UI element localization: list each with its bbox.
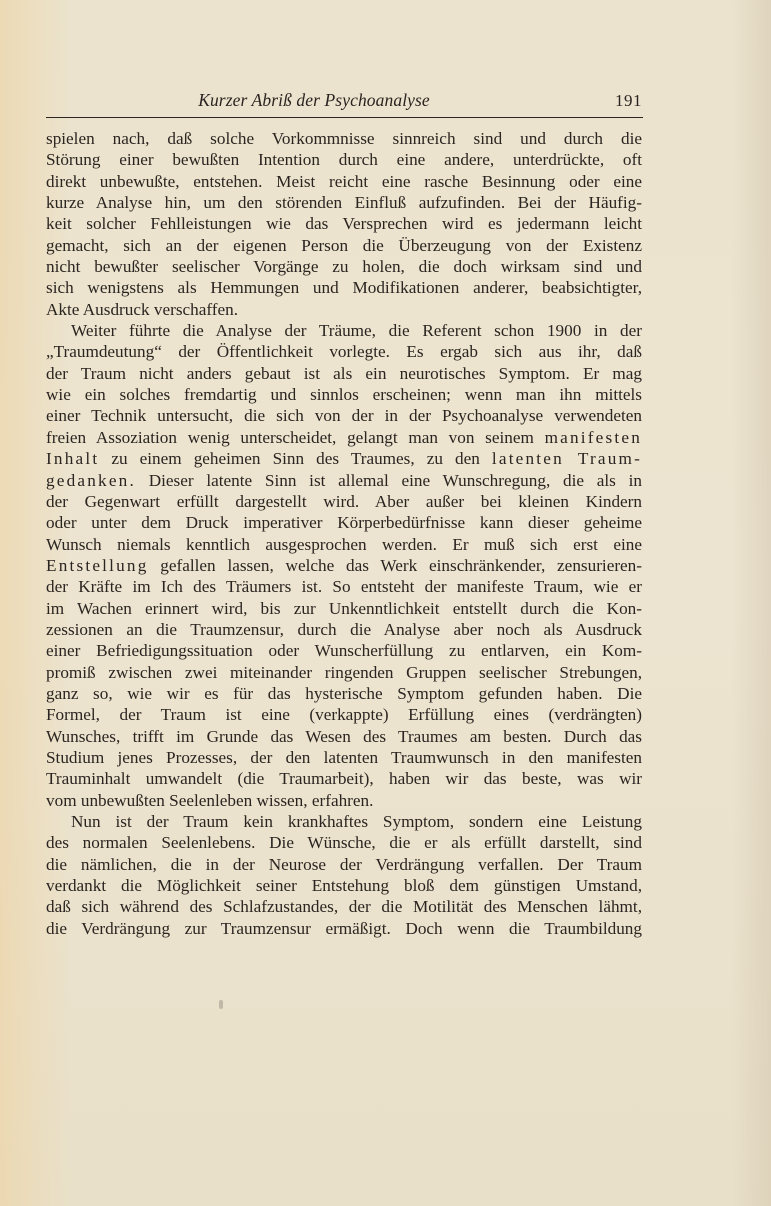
text-line: einer Technik untersucht, die sich von d… xyxy=(46,405,642,426)
text-line: promiß zwischen zwei miteinander ringend… xyxy=(46,662,642,683)
emphasized-term: Inhalt xyxy=(46,449,99,468)
text-line: keit solcher Fehlleistungen wie das Vers… xyxy=(46,213,642,234)
text-run: Dieser latente Sinn ist allemal eine Wun… xyxy=(136,471,642,490)
book-page: Kurzer Abriß der Psychoanalyse 191 spiel… xyxy=(0,0,771,1206)
text-line: nicht bewußter seelischer Vorgänge zu ho… xyxy=(46,256,642,277)
text-line: die nämlichen, die in der Neurose der Ve… xyxy=(46,854,642,875)
text-line: zessionen an die Traumzensur, durch die … xyxy=(46,619,642,640)
text-line: spielen nach, daß solche Vorkommnisse si… xyxy=(46,128,642,149)
text-run: freien Assoziation wenig unterscheidet, … xyxy=(46,428,545,447)
text-line: der Kräfte im Ich des Träumers ist. So e… xyxy=(46,576,642,597)
emphasized-term: gedanken. xyxy=(46,471,136,490)
text-line: gedanken. Dieser latente Sinn ist allema… xyxy=(46,470,642,491)
text-line: Wunsches, trifft im Grunde das Wesen des… xyxy=(46,726,642,747)
paper-smudge xyxy=(219,1000,223,1009)
text-line: Formel, der Traum ist eine (verkappte) E… xyxy=(46,704,642,725)
text-line: „Traumdeutung“ der Öffentlichkeit vorleg… xyxy=(46,341,642,362)
text-line: gemacht, sich an der eigenen Person die … xyxy=(46,235,642,256)
emphasized-term: manifesten xyxy=(545,428,642,447)
page-number: 191 xyxy=(615,91,642,111)
text-line: die Verdrängung zur Traumzensur ermäßigt… xyxy=(46,918,642,939)
text-line: einer Befriedigungssituation oder Wunsch… xyxy=(46,640,642,661)
text-line: kurze Analyse hin, um den störenden Einf… xyxy=(46,192,642,213)
text-line: im Wachen erinnert wird, bis zur Unkennt… xyxy=(46,598,642,619)
text-line: Studium jenes Prozesses, der den latente… xyxy=(46,747,642,768)
emphasized-term: Entstellung xyxy=(46,556,149,575)
text-line: Nun ist der Traum kein krankhaftes Sympt… xyxy=(46,811,642,832)
text-line: verdankt die Möglichkeit seiner Entstehu… xyxy=(46,875,642,896)
text-line: Weiter führte die Analyse der Träume, di… xyxy=(46,320,642,341)
text-line: ganz so, wie wir es für das hysterische … xyxy=(46,683,642,704)
text-line: der Gegenwart erfüllt dargestellt wird. … xyxy=(46,491,642,512)
running-title: Kurzer Abriß der Psychoanalyse xyxy=(46,90,582,111)
text-line: Wunsch niemals kenntlich ausgesprochen w… xyxy=(46,534,642,555)
text-line: direkt unbewußte, entstehen. Meist reich… xyxy=(46,171,642,192)
text-line: Akte Ausdruck verschaffen. xyxy=(46,299,642,320)
running-head: Kurzer Abriß der Psychoanalyse 191 xyxy=(46,90,642,116)
text-run: zu einem geheimen Sinn des Traumes, zu d… xyxy=(99,449,492,468)
emphasized-term: latenten Traum- xyxy=(492,449,642,468)
header-rule xyxy=(46,117,643,118)
text-line: freien Assoziation wenig unterscheidet, … xyxy=(46,427,642,448)
body-text: spielen nach, daß solche Vorkommnisse si… xyxy=(46,128,642,939)
text-line: vom unbewußten Seelenleben wissen, erfah… xyxy=(46,790,642,811)
text-line: oder unter dem Druck imperativer Körperb… xyxy=(46,512,642,533)
text-line: Inhalt zu einem geheimen Sinn des Traume… xyxy=(46,448,642,469)
text-line: sich wenigstens als Hemmungen und Modifi… xyxy=(46,277,642,298)
text-line: daß sich während des Schlafzustandes, de… xyxy=(46,896,642,917)
text-line: Entstellung gefallen lassen, welche das … xyxy=(46,555,642,576)
text-line: wie ein solches fremdartig und sinnlos e… xyxy=(46,384,642,405)
text-line: Trauminhalt umwandelt (die Traumarbeit),… xyxy=(46,768,642,789)
text-line: der Traum nicht anders gebaut ist als ei… xyxy=(46,363,642,384)
text-line: Störung einer bewußten Intention durch e… xyxy=(46,149,642,170)
text-run: gefallen lassen, welche das Werk einschr… xyxy=(149,556,643,575)
text-line: des normalen Seelenlebens. Die Wünsche, … xyxy=(46,832,642,853)
